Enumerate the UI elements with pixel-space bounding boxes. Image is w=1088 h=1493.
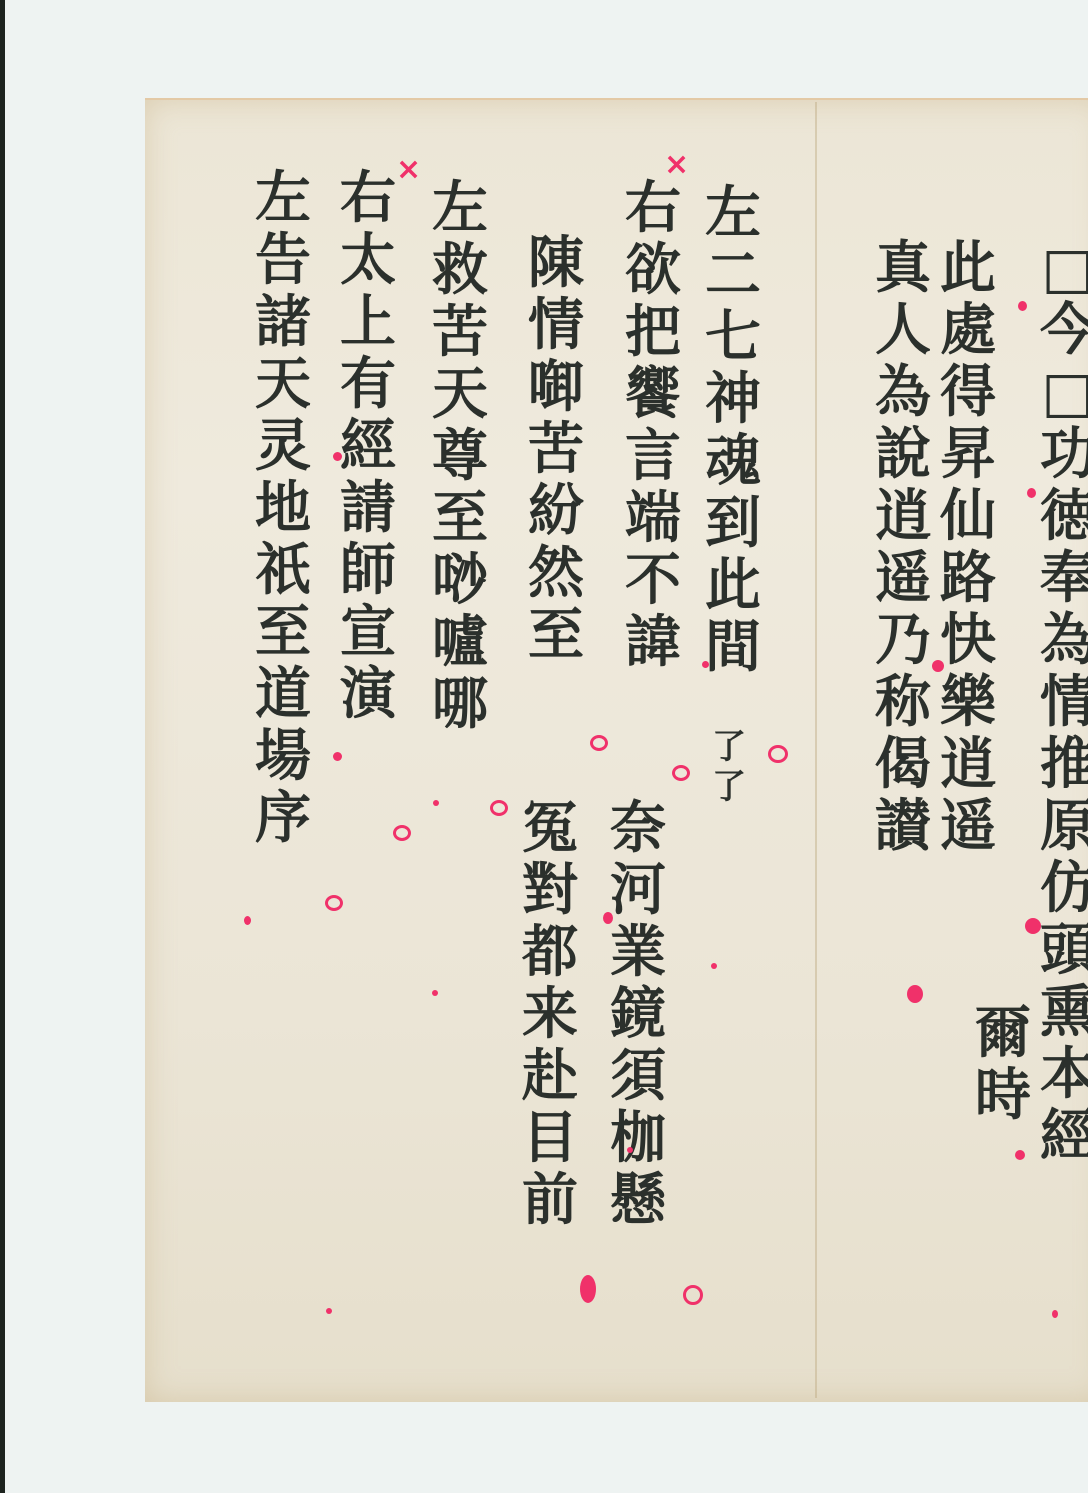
dot-mark xyxy=(603,912,613,924)
dot-mark xyxy=(433,800,439,806)
column-1-trailing: 了了 xyxy=(712,730,746,810)
glyph: 請 xyxy=(340,480,396,542)
glyph: 七 xyxy=(705,309,761,371)
glyph: 左 xyxy=(255,170,311,232)
glyph: 至 xyxy=(255,604,311,666)
glyph: 哪 xyxy=(432,676,488,738)
glyph: 陳 xyxy=(528,235,584,297)
glyph: 懸 xyxy=(610,1172,666,1234)
glyph: 饗 xyxy=(625,366,681,428)
glyph: 諱 xyxy=(625,614,681,676)
glyph: 救 xyxy=(432,242,488,304)
circle-mark xyxy=(325,895,343,911)
glyph: 對 xyxy=(522,862,578,924)
glyph: 紛 xyxy=(528,483,584,545)
glyph: 天 xyxy=(255,356,311,418)
dot-mark xyxy=(1015,1150,1025,1160)
glyph: 處 xyxy=(940,302,996,364)
glyph: 都 xyxy=(522,924,578,986)
glyph: 師 xyxy=(340,542,396,604)
column-r1: □今□功徳奉為情推原仿頭熏本經 xyxy=(1040,240,1088,1170)
glyph: 然 xyxy=(528,545,584,607)
glyph: 爾 xyxy=(975,1005,1031,1067)
glyph: 二 xyxy=(705,247,761,309)
glyph: 此 xyxy=(940,240,996,302)
glyph: 右 xyxy=(625,180,681,242)
glyph: 須 xyxy=(610,1048,666,1110)
glyph: 赴 xyxy=(522,1048,578,1110)
circle-mark xyxy=(490,800,508,816)
column-2: 右欲把饗言端不諱 xyxy=(625,180,681,676)
glyph: 頭 xyxy=(1040,922,1088,984)
x-mark: × xyxy=(664,150,689,180)
glyph: 經 xyxy=(1040,1108,1088,1170)
scan-edge xyxy=(0,0,5,1493)
dot-mark xyxy=(1027,488,1036,498)
dot-mark xyxy=(333,752,342,761)
glyph: 徳 xyxy=(1040,488,1088,550)
glyph: 左 xyxy=(705,185,761,247)
dot-mark xyxy=(711,963,717,969)
dot-mark xyxy=(1052,1310,1058,1318)
glyph: 祇 xyxy=(255,542,311,604)
glyph: 本 xyxy=(1040,1046,1088,1108)
glyph: 把 xyxy=(625,304,681,366)
glyph: 序 xyxy=(255,790,311,852)
dot-mark xyxy=(1018,301,1027,311)
column-1: 左二七神魂到此間 xyxy=(705,185,761,681)
glyph: 說 xyxy=(875,426,931,488)
column-r2-trailing: 爾時 xyxy=(975,1005,1031,1129)
glyph: □ xyxy=(1042,364,1088,426)
glyph: 啣 xyxy=(528,359,584,421)
glyph: 人 xyxy=(875,302,931,364)
glyph: 鏡 xyxy=(610,986,666,1048)
glyph: 来 xyxy=(522,986,578,1048)
glyph: 了 xyxy=(712,770,746,810)
dot-mark xyxy=(326,1308,332,1314)
glyph: 仿 xyxy=(1040,860,1088,922)
circle-mark xyxy=(590,735,608,751)
glyph: 今 xyxy=(1040,302,1088,364)
glyph: 原 xyxy=(1040,798,1088,860)
glyph: 遥 xyxy=(875,550,931,612)
circle-mark xyxy=(768,745,788,763)
glyph: 為 xyxy=(1040,612,1088,674)
glyph: 場 xyxy=(255,728,311,790)
dot-mark xyxy=(580,1275,596,1303)
glyph: 時 xyxy=(975,1067,1031,1129)
column-r2: 此處得昇仙路快樂逍遥 xyxy=(940,240,996,860)
glyph: 路 xyxy=(940,550,996,612)
glyph: 逍 xyxy=(940,736,996,798)
glyph: □ xyxy=(1042,240,1088,302)
dot-mark xyxy=(627,1147,633,1153)
glyph: 天 xyxy=(432,366,488,428)
glyph: 功 xyxy=(1040,426,1088,488)
glyph: 此 xyxy=(705,557,761,619)
column-5: 右太上有經請師宣演 xyxy=(340,170,396,728)
column-3-lower: 冤對都来赴目前 xyxy=(522,800,578,1234)
glyph: 快 xyxy=(940,612,996,674)
glyph: 熏 xyxy=(1040,984,1088,1046)
dot-mark xyxy=(932,660,944,672)
column-6: 左告諸天灵地祇至道場序 xyxy=(255,170,311,852)
circle-mark xyxy=(672,765,690,781)
glyph: 樂 xyxy=(940,674,996,736)
glyph: 推 xyxy=(1040,736,1088,798)
glyph: 奉 xyxy=(1040,550,1088,612)
glyph: 讃 xyxy=(875,798,931,860)
glyph: 經 xyxy=(340,418,396,480)
glyph: 河 xyxy=(610,862,666,924)
glyph: 告 xyxy=(255,232,311,294)
column-3: 陳情啣苦紛然至 xyxy=(528,235,584,669)
dot-mark xyxy=(244,916,251,925)
glyph: 唦 xyxy=(432,552,488,614)
page-fold xyxy=(815,102,817,1398)
glyph: 魂 xyxy=(705,433,761,495)
glyph: 左 xyxy=(432,180,488,242)
glyph: 右 xyxy=(340,170,396,232)
circle-mark xyxy=(393,825,411,841)
glyph: 逍 xyxy=(875,488,931,550)
glyph: 間 xyxy=(705,619,761,681)
x-mark: × xyxy=(396,155,421,185)
dot-mark xyxy=(333,452,342,461)
glyph: 言 xyxy=(625,428,681,490)
glyph: 情 xyxy=(1040,674,1088,736)
column-4: 左救苦天尊至唦嚧哪 xyxy=(432,180,488,738)
glyph: 称 xyxy=(875,674,931,736)
glyph: 業 xyxy=(610,924,666,986)
glyph: 至 xyxy=(432,490,488,552)
glyph: 偈 xyxy=(875,736,931,798)
glyph: 遥 xyxy=(940,798,996,860)
glyph: 諸 xyxy=(255,294,311,356)
glyph: 冤 xyxy=(522,800,578,862)
glyph: 昇 xyxy=(940,426,996,488)
glyph: 演 xyxy=(340,666,396,728)
glyph: 至 xyxy=(528,607,584,669)
glyph: 目 xyxy=(522,1110,578,1172)
glyph: 地 xyxy=(255,480,311,542)
glyph: 苦 xyxy=(528,421,584,483)
glyph: 上 xyxy=(340,294,396,356)
glyph: 不 xyxy=(625,552,681,614)
glyph: 尊 xyxy=(432,428,488,490)
glyph: 道 xyxy=(255,666,311,728)
dot-mark xyxy=(907,985,923,1003)
glyph: 了 xyxy=(712,730,746,770)
glyph: 得 xyxy=(940,364,996,426)
glyph: 枷 xyxy=(610,1110,666,1172)
column-r3: 真人為說逍遥乃称偈讃 xyxy=(875,240,931,860)
glyph: 太 xyxy=(340,232,396,294)
dot-mark xyxy=(702,661,709,668)
glyph: 乃 xyxy=(875,612,931,674)
glyph: 欲 xyxy=(625,242,681,304)
glyph: 灵 xyxy=(255,418,311,480)
glyph: 苦 xyxy=(432,304,488,366)
column-2-lower: 奈河業鏡須枷懸 xyxy=(610,800,666,1234)
circle-mark xyxy=(683,1285,703,1305)
glyph: 到 xyxy=(705,495,761,557)
glyph: 奈 xyxy=(610,800,666,862)
glyph: 宣 xyxy=(340,604,396,666)
glyph: 端 xyxy=(625,490,681,552)
glyph: 情 xyxy=(528,297,584,359)
dot-mark xyxy=(1025,918,1041,934)
glyph: 神 xyxy=(705,371,761,433)
glyph: 真 xyxy=(875,240,931,302)
dot-mark xyxy=(432,990,438,996)
glyph: 為 xyxy=(875,364,931,426)
glyph: 仙 xyxy=(940,488,996,550)
glyph: 嚧 xyxy=(432,614,488,676)
glyph: 前 xyxy=(522,1172,578,1234)
glyph: 有 xyxy=(340,356,396,418)
